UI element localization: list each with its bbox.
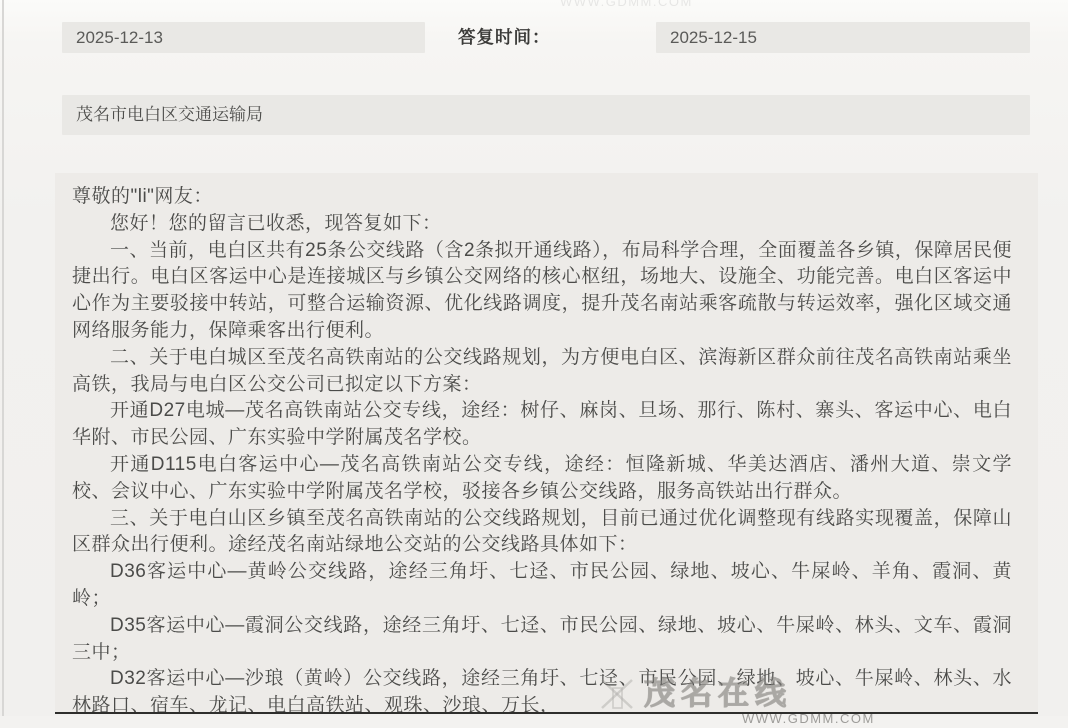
reply-detail-page: WWW.GDMM.COM 2025-12-13 答复时间： 2025-12-15… <box>0 0 1068 728</box>
reply-paragraph: 三、关于电白山区乡镇至茂名高铁南站的公交线路规划，目前已通过优化调整现有线路实现… <box>72 506 1012 560</box>
reply-paragraph: 开通D27电城—茂名高铁南站公交专线，途经：树仔、麻岗、旦场、那行、陈村、寨头、… <box>72 398 1012 452</box>
top-watermark-url: WWW.GDMM.COM <box>560 0 693 9</box>
reply-paragraph: 二、关于电白城区至茂名高铁南站的公交线路规划，为方便电白区、滨海新区群众前往茂名… <box>72 345 1012 399</box>
reply-paragraph: 一、当前，电白区共有25条公交线路（含2条拟开通线路），布局科学合理，全面覆盖各… <box>72 238 1012 345</box>
bottom-strip <box>0 716 1068 728</box>
reply-paragraph: D35客运中心—霞洞公交线路，途经三角圩、七迳、市民公园、绿地、坡心、牛屎岭、林… <box>72 613 1012 667</box>
reply-paragraph: 开通D115电白客运中心—茂名高铁南站公交专线，途经：恒隆新城、华美达酒店、潘州… <box>72 452 1012 506</box>
reply-paragraph: D36客运中心—黄岭公交线路，途经三角圩、七迳、市民公园、绿地、坡心、牛屎岭、羊… <box>72 559 1012 613</box>
reply-paragraph: 尊敬的"li"网友： <box>72 184 1012 211</box>
reply-textarea[interactable]: 尊敬的"li"网友：您好！您的留言已收悉，现答复如下：一、当前，电白区共有25条… <box>55 173 1038 714</box>
reply-paragraph: 您好！您的留言已收悉，现答复如下： <box>72 211 1012 238</box>
left-border-line <box>2 0 4 728</box>
message-date-field[interactable]: 2025-12-13 <box>62 22 425 53</box>
reply-paragraph: D32客运中心—沙琅（黄岭）公交线路，途经三角圩、七迳、市民公园、绿地、坡心、牛… <box>72 666 1012 714</box>
reply-time-label: 答复时间： <box>458 22 551 53</box>
agency-field[interactable]: 茂名市电白区交通运输局 <box>62 95 1030 135</box>
reply-date-field[interactable]: 2025-12-15 <box>656 22 1030 53</box>
